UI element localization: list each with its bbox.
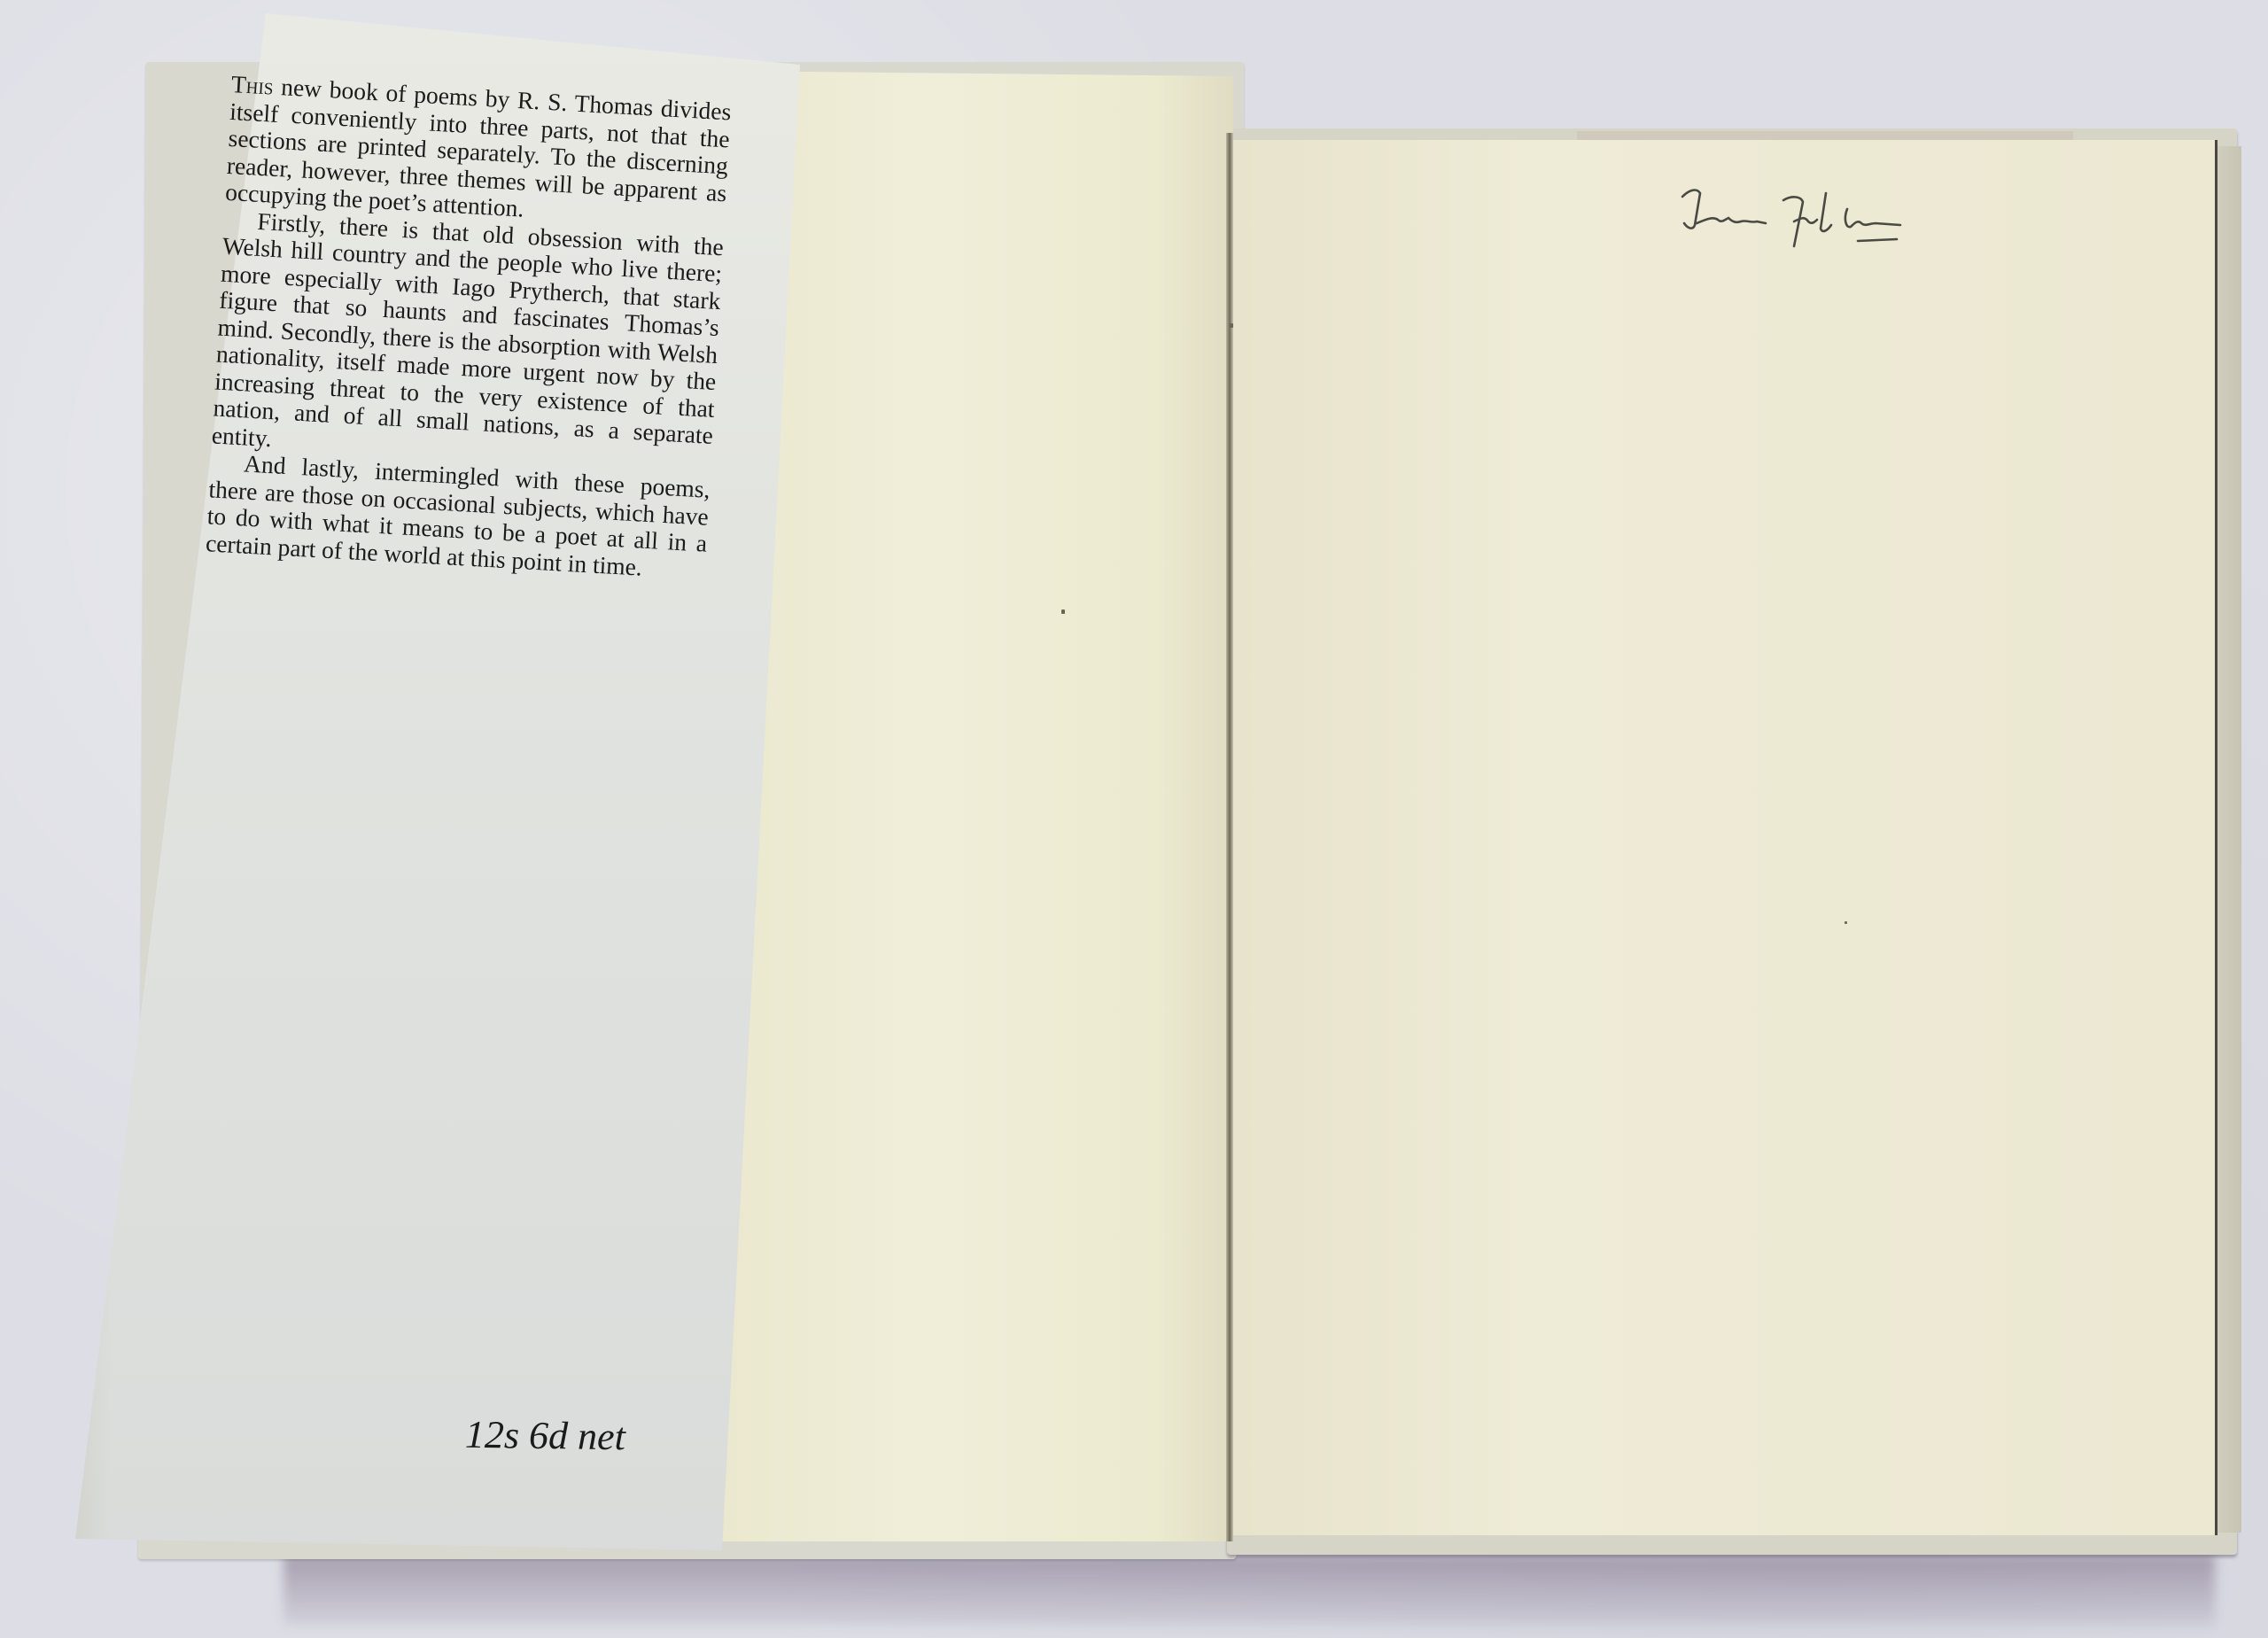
page-speck: [1845, 921, 1847, 924]
front-endpaper: [719, 71, 1233, 1541]
page-block-edge: [2215, 146, 2241, 1533]
page-speck: [1061, 609, 1065, 614]
opening-smallcaps: This: [230, 70, 274, 100]
handwritten-signature: handwritten signature (ink, illegible): [1670, 177, 1936, 257]
book-shadow: [283, 1555, 2215, 1626]
flyleaf-page: [1233, 140, 2218, 1535]
book-gutter: [1226, 133, 1233, 1541]
price-label: 12s 6d net: [465, 1412, 626, 1460]
blurb-paragraph-2: Firstly, there is that old obsession wit…: [211, 206, 724, 477]
jacket-blurb: This new book of poems by R. S. Thomas d…: [205, 71, 732, 585]
signature-ink-icon: [1670, 177, 1936, 257]
page-speck: [1230, 323, 1233, 328]
